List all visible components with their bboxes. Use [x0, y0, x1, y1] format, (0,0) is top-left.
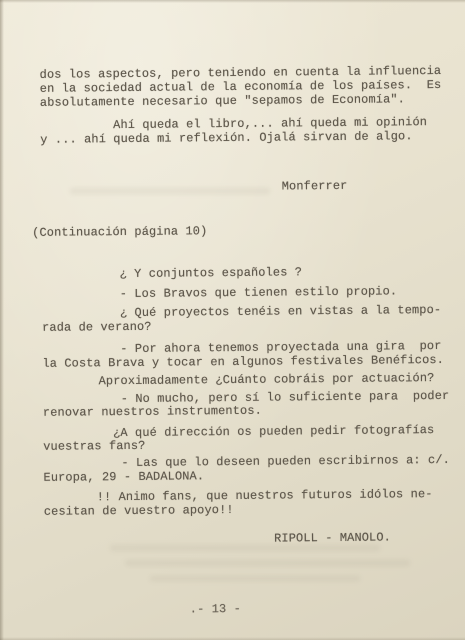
author-signature: RIPOLL - MANOLO.: [274, 530, 391, 545]
interview-question: ¿ Y conjuntos españoles ?: [119, 265, 302, 281]
interview-question: rada de verano?: [42, 320, 152, 335]
interview-question: Aproximadamente ¿Cuánto cobráis por actu…: [99, 371, 435, 388]
interview-answer: - Los Bravos que tienen estilo propio.: [120, 284, 398, 301]
interview-answer: - Las que lo deseen pueden escribirnos a…: [121, 453, 450, 470]
interview-question: vuestras fans?: [43, 439, 145, 454]
closing-exclamation: !! Animo fans, que nuestros futuros idól…: [97, 487, 433, 504]
typewritten-text-layer: dos los aspectos, pero teniendo en cuent…: [0, 0, 465, 640]
scanned-page: dos los aspectos, pero teniendo en cuent…: [0, 0, 465, 640]
interview-question: ¿A qué dirección os pueden pedir fotogra…: [113, 423, 434, 440]
interview-answer: - No mucho, pero sí lo suficiente para p…: [121, 389, 450, 406]
text-line: y ... ahí queda mi reflexión. Ojalá sirv…: [40, 129, 412, 147]
closing-exclamation: cesitan de vuestro apoyo!!: [44, 503, 234, 519]
interview-answer: renovar nuestros instrumentos.: [43, 404, 262, 420]
text-line: absolutamente necesario que "sepamos de …: [40, 92, 405, 110]
interview-answer: Europa, 29 - BADALONA.: [43, 469, 204, 485]
interview-answer: la Costa Brava y tocar en algunos festiv…: [42, 353, 444, 371]
continuation-note: (Continuación página 10): [32, 224, 207, 240]
page-number: .- 13 -: [190, 602, 241, 616]
author-signature: Monferrer: [282, 179, 348, 194]
interview-question: ¿ Qué proyectos tenéis en vistas a la te…: [120, 303, 441, 320]
